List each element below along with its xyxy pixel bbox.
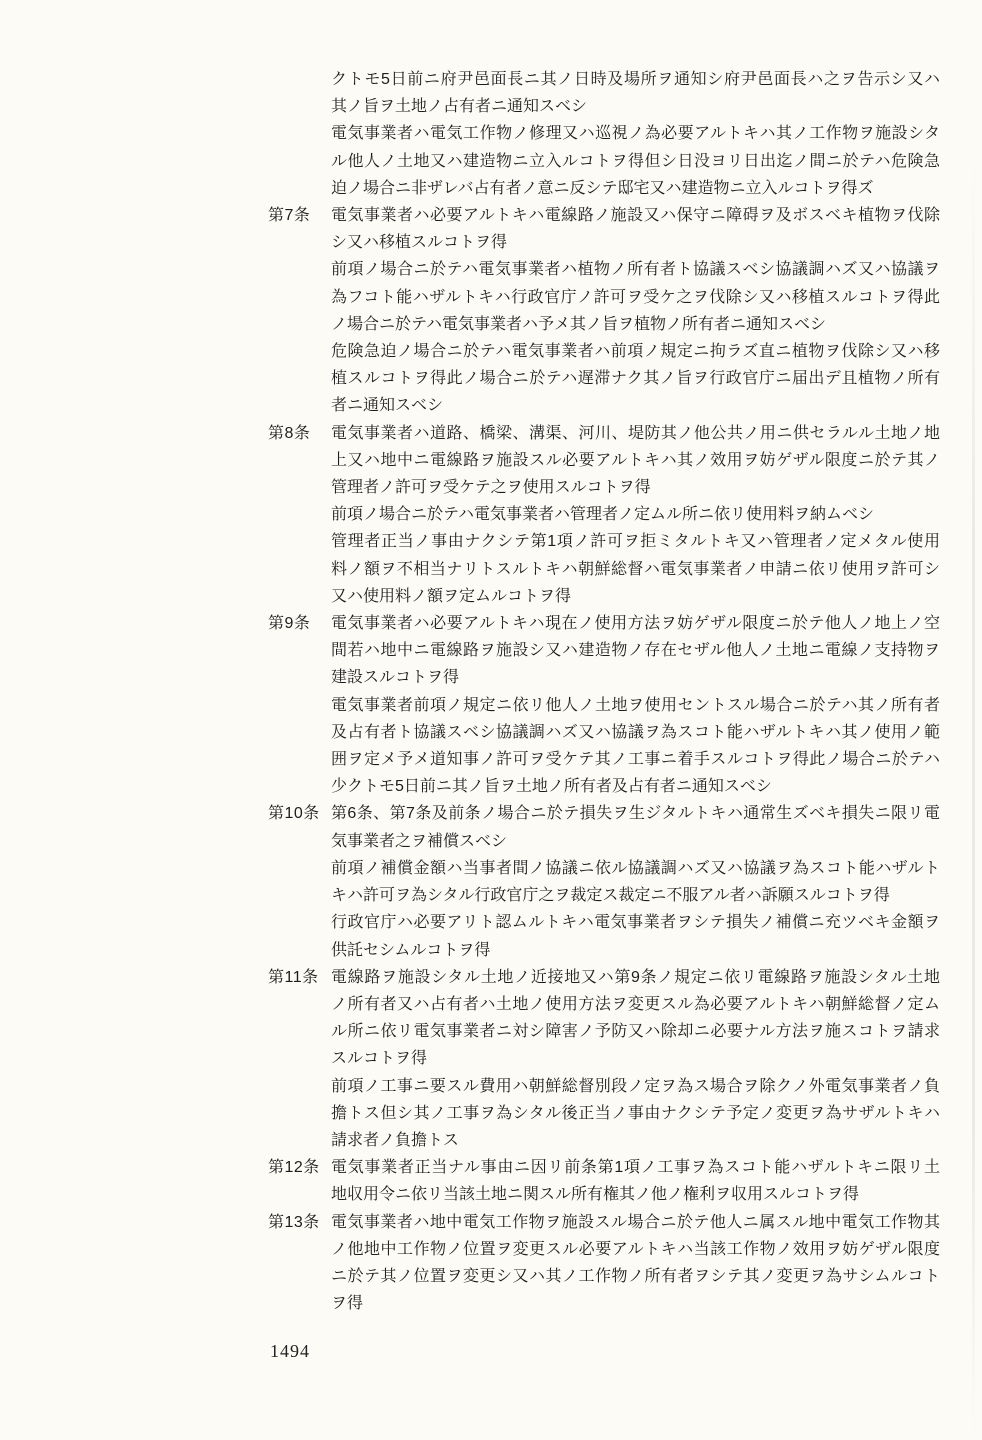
text-line: 間若ハ地中ニ電線路ヲ施設シ又ハ建造物ノ存在セザル他人ノ土地ニ電線ノ支持物ヲ <box>331 637 940 664</box>
article-number: 第12条 <box>268 1154 331 1181</box>
paragraph: 前項ノ補償金額ハ当事者間ノ協議ニ依ル協議調ハズ又ハ協議ヲ為スコト能ハザルトキハ許… <box>331 855 940 909</box>
text-line: ニ於テ其ノ位置ヲ変更シ又ハ其ノ工作物ノ所有者ヲシテ其ノ変更ヲ為サシムルコト <box>331 1263 940 1290</box>
scan-edge-artifact <box>972 160 975 1440</box>
article-text: 電気事業者ハ必要アルトキハ現在ノ使用方法ヲ妨ゲザル限度ニ於テ他人ノ地上ノ空間若ハ… <box>331 610 940 800</box>
article-number: 第13条 <box>268 1209 331 1236</box>
article-block: 第9条電気事業者ハ必要アルトキハ現在ノ使用方法ヲ妨ゲザル限度ニ於テ他人ノ地上ノ空… <box>268 610 942 800</box>
article-block: 第13条電気事業者ハ地中電気工作物ヲ施設スル場合ニ於テ他人ニ属スル地中電気工作物… <box>268 1209 942 1318</box>
text-line: 者ニ通知スベシ <box>331 392 940 419</box>
text-line: 前項ノ場合ニ於テハ電気事業者ハ管理者ノ定ムル所ニ依リ使用料ヲ納ムベシ <box>331 501 940 528</box>
paragraph: 電気事業者前項ノ規定ニ依リ他人ノ土地ヲ使用セントスル場合ニ於テハ其ノ所有者及占有… <box>331 692 940 801</box>
text-line: 管理者ノ許可ヲ受ケテ之ヲ使用スルコトヲ得 <box>331 474 940 501</box>
paragraph: 危険急迫ノ場合ニ於テハ電気事業者ハ前項ノ規定ニ拘ラズ直ニ植物ヲ伐除シ又ハ移植スル… <box>331 338 940 420</box>
continued-text-block: クトモ5日前ニ府尹邑面長ニ其ノ日時及場所ヲ通知シ府尹邑面長ハ之ヲ告示シ又ハ其ノ旨… <box>268 66 942 202</box>
paragraph: 前項ノ場合ニ於テハ電気事業者ハ管理者ノ定ムル所ニ依リ使用料ヲ納ムベシ <box>331 501 940 528</box>
text-line: 第6条、第7条及前条ノ場合ニ於テ損失ヲ生ジタルトキハ通常生ズベキ損失ニ限リ電 <box>331 800 940 827</box>
paragraph: 行政官庁ハ必要アリト認ムルトキハ電気事業者ヲシテ損失ノ補償ニ充ツベキ金額ヲ供託セ… <box>331 909 940 963</box>
text-line: 供託セシムルコトヲ得 <box>331 937 940 964</box>
paragraph: 電気事業者ハ必要アルトキハ電線路ノ施設又ハ保守ニ障碍ヲ及ボスベキ植物ヲ伐除シ又ハ… <box>331 202 940 256</box>
article-block: 第8条電気事業者ハ道路、橋梁、溝渠、河川、堤防其ノ他公共ノ用ニ供セラルル土地ノ地… <box>268 420 942 610</box>
article-text: クトモ5日前ニ府尹邑面長ニ其ノ日時及場所ヲ通知シ府尹邑面長ハ之ヲ告示シ又ハ其ノ旨… <box>331 66 940 202</box>
text-line: 電気事業者ハ必要アルトキハ電線路ノ施設又ハ保守ニ障碍ヲ及ボスベキ植物ヲ伐除 <box>331 202 940 229</box>
article-number: 第8条 <box>268 420 331 447</box>
text-line: 行政官庁ハ必要アリト認ムルトキハ電気事業者ヲシテ損失ノ補償ニ充ツベキ金額ヲ <box>331 909 940 936</box>
text-line: 前項ノ場合ニ於テハ電気事業者ハ植物ノ所有者ト協議スベシ協議調ハズ又ハ協議ヲ <box>331 256 940 283</box>
article-text: 第6条、第7条及前条ノ場合ニ於テ損失ヲ生ジタルトキハ通常生ズベキ損失ニ限リ電気事… <box>331 800 940 963</box>
paragraph: 電気事業者ハ地中電気工作物ヲ施設スル場合ニ於テ他人ニ属スル地中電気工作物其ノ他地… <box>331 1209 940 1318</box>
text-line: 気事業者之ヲ補償スベシ <box>331 828 940 855</box>
text-line: ノ場合ニ於テハ電気事業者ハ予メ其ノ旨ヲ植物ノ所有者ニ通知スベシ <box>331 311 940 338</box>
text-line: 為フコト能ハザルトキハ行政官庁ノ許可ヲ受ケ之ヲ伐除シ又ハ移植スルコトヲ得此 <box>331 284 940 311</box>
text-line: 料ノ額ヲ不相当ナリトスルトキハ朝鮮総督ハ電気事業者ノ申請ニ依リ使用ヲ許可シ <box>331 556 940 583</box>
article-number: 第11条 <box>268 964 331 991</box>
article-text: 電気事業者正当ナル事由ニ因リ前条第1項ノ工事ヲ為スコト能ハザルトキニ限リ土地収用… <box>331 1154 940 1208</box>
scanned-law-page: クトモ5日前ニ府尹邑面長ニ其ノ日時及場所ヲ通知シ府尹邑面長ハ之ヲ告示シ又ハ其ノ旨… <box>0 0 982 1440</box>
article-block: 第7条電気事業者ハ必要アルトキハ電線路ノ施設又ハ保守ニ障碍ヲ及ボスベキ植物ヲ伐除… <box>268 202 942 420</box>
text-line: 前項ノ補償金額ハ当事者間ノ協議ニ依ル協議調ハズ又ハ協議ヲ為スコト能ハザルト <box>331 855 940 882</box>
text-line: クトモ5日前ニ府尹邑面長ニ其ノ日時及場所ヲ通知シ府尹邑面長ハ之ヲ告示シ又ハ <box>331 66 940 93</box>
paragraph: クトモ5日前ニ府尹邑面長ニ其ノ日時及場所ヲ通知シ府尹邑面長ハ之ヲ告示シ又ハ其ノ旨… <box>331 66 940 120</box>
article-text: 電線路ヲ施設シタル土地ノ近接地又ハ第9条ノ規定ニ依リ電線路ヲ施設シタル土地ノ所有… <box>331 964 940 1154</box>
text-line: 電気事業者ハ必要アルトキハ現在ノ使用方法ヲ妨ゲザル限度ニ於テ他人ノ地上ノ空 <box>331 610 940 637</box>
article-text: 電気事業者ハ道路、橋梁、溝渠、河川、堤防其ノ他公共ノ用ニ供セラルル土地ノ地上又ハ… <box>331 420 940 610</box>
text-line: 植スルコトヲ得此ノ場合ニ於テハ遅滞ナク其ノ旨ヲ行政官庁ニ届出デ且植物ノ所有 <box>331 365 940 392</box>
paragraph: 電気事業者ハ道路、橋梁、溝渠、河川、堤防其ノ他公共ノ用ニ供セラルル土地ノ地上又ハ… <box>331 420 940 502</box>
text-line: 又ハ使用料ノ額ヲ定ムルコトヲ得 <box>331 583 940 610</box>
text-line: 建設スルコトヲ得 <box>331 664 940 691</box>
text-line: 電気事業者正当ナル事由ニ因リ前条第1項ノ工事ヲ為スコト能ハザルトキニ限リ土 <box>331 1154 940 1181</box>
article-block: 第10条第6条、第7条及前条ノ場合ニ於テ損失ヲ生ジタルトキハ通常生ズベキ損失ニ限… <box>268 800 942 963</box>
text-line: 危険急迫ノ場合ニ於テハ電気事業者ハ前項ノ規定ニ拘ラズ直ニ植物ヲ伐除シ又ハ移 <box>331 338 940 365</box>
text-line: ノ他地中工作物ノ位置ヲ変更スル必要アルトキハ当該工作物ノ效用ヲ妨ゲザル限度 <box>331 1236 940 1263</box>
article-block: 第12条電気事業者正当ナル事由ニ因リ前条第1項ノ工事ヲ為スコト能ハザルトキニ限リ… <box>268 1154 942 1208</box>
paragraph: 前項ノ工事ニ要スル費用ハ朝鮮総督別段ノ定ヲ為ス場合ヲ除クノ外電気事業者ノ負擔トス… <box>331 1073 940 1155</box>
law-text-body: クトモ5日前ニ府尹邑面長ニ其ノ日時及場所ヲ通知シ府尹邑面長ハ之ヲ告示シ又ハ其ノ旨… <box>268 66 942 1317</box>
text-line: 電気事業者ハ道路、橋梁、溝渠、河川、堤防其ノ他公共ノ用ニ供セラルル土地ノ地 <box>331 420 940 447</box>
text-line: キハ許可ヲ為シタル行政官庁之ヲ裁定ス裁定ニ不服アル者ハ訴願スルコトヲ得 <box>331 882 940 909</box>
paragraph: 第6条、第7条及前条ノ場合ニ於テ損失ヲ生ジタルトキハ通常生ズベキ損失ニ限リ電気事… <box>331 800 940 854</box>
article-text: 電気事業者ハ必要アルトキハ電線路ノ施設又ハ保守ニ障碍ヲ及ボスベキ植物ヲ伐除シ又ハ… <box>331 202 940 420</box>
paragraph: 電線路ヲ施設シタル土地ノ近接地又ハ第9条ノ規定ニ依リ電線路ヲ施設シタル土地ノ所有… <box>331 964 940 1073</box>
text-line: 電気事業者ハ地中電気工作物ヲ施設スル場合ニ於テ他人ニ属スル地中電気工作物其 <box>331 1209 940 1236</box>
paragraph: 管理者正当ノ事由ナクシテ第1項ノ許可ヲ拒ミタルトキ又ハ管理者ノ定メタル使用料ノ額… <box>331 528 940 610</box>
text-line: スルコトヲ得 <box>331 1045 940 1072</box>
article-text: 電気事業者ハ地中電気工作物ヲ施設スル場合ニ於テ他人ニ属スル地中電気工作物其ノ他地… <box>331 1209 940 1318</box>
text-line: 電気事業者ハ電気工作物ノ修理又ハ巡視ノ為必要アルトキハ其ノ工作物ヲ施設シタ <box>331 120 940 147</box>
text-line: 管理者正当ノ事由ナクシテ第1項ノ許可ヲ拒ミタルトキ又ハ管理者ノ定メタル使用 <box>331 528 940 555</box>
text-line: 前項ノ工事ニ要スル費用ハ朝鮮総督別段ノ定ヲ為ス場合ヲ除クノ外電気事業者ノ負 <box>331 1073 940 1100</box>
text-line: 迫ノ場合ニ非ザレバ占有者ノ意ニ反シテ邸宅又ハ建造物ニ立入ルコトヲ得ズ <box>331 175 940 202</box>
text-line: ル他人ノ土地又ハ建造物ニ立入ルコトヲ得但シ日没ヨリ日出迄ノ間ニ於テハ危険急 <box>331 148 940 175</box>
text-line: ル所ニ依リ電気事業者ニ対シ障害ノ予防又ハ除却ニ必要ナル方法ヲ施スコトヲ請求 <box>331 1018 940 1045</box>
text-line: シ又ハ移植スルコトヲ得 <box>331 229 940 256</box>
text-line: 電線路ヲ施設シタル土地ノ近接地又ハ第9条ノ規定ニ依リ電線路ヲ施設シタル土地 <box>331 964 940 991</box>
text-line: ヲ得 <box>331 1290 940 1317</box>
article-number: 第9条 <box>268 610 331 637</box>
text-line: 少クトモ5日前ニ其ノ旨ヲ土地ノ所有者及占有者ニ通知スベシ <box>331 773 940 800</box>
text-line: 囲ヲ定メ予メ道知事ノ許可ヲ受ケテ其ノ工事ニ着手スルコトヲ得此ノ場合ニ於テハ <box>331 746 940 773</box>
text-line: ノ所有者又ハ占有者ハ土地ノ使用方法ヲ変更スル為必要アルトキハ朝鮮総督ノ定ム <box>331 991 940 1018</box>
page-number: 1494 <box>270 1341 310 1362</box>
text-line: 其ノ旨ヲ土地ノ占有者ニ通知スベシ <box>331 93 940 120</box>
paragraph: 電気事業者ハ必要アルトキハ現在ノ使用方法ヲ妨ゲザル限度ニ於テ他人ノ地上ノ空間若ハ… <box>331 610 940 692</box>
paragraph: 電気事業者正当ナル事由ニ因リ前条第1項ノ工事ヲ為スコト能ハザルトキニ限リ土地収用… <box>331 1154 940 1208</box>
paragraph: 電気事業者ハ電気工作物ノ修理又ハ巡視ノ為必要アルトキハ其ノ工作物ヲ施設シタル他人… <box>331 120 940 202</box>
text-line: 擔トス但シ其ノ工事ヲ為シタル後正当ノ事由ナクシテ予定ノ変更ヲ為サザルトキハ <box>331 1100 940 1127</box>
article-block: 第11条電線路ヲ施設シタル土地ノ近接地又ハ第9条ノ規定ニ依リ電線路ヲ施設シタル土… <box>268 964 942 1154</box>
text-line: 上又ハ地中ニ電線路ヲ施設スル必要アルトキハ其ノ效用ヲ妨ゲザル限度ニ於テ其ノ <box>331 447 940 474</box>
text-line: 地収用令ニ依リ当該土地ニ関スル所有権其ノ他ノ権利ヲ収用スルコトヲ得 <box>331 1181 940 1208</box>
article-number: 第10条 <box>268 800 331 827</box>
paragraph: 前項ノ場合ニ於テハ電気事業者ハ植物ノ所有者ト協議スベシ協議調ハズ又ハ協議ヲ為フコ… <box>331 256 940 338</box>
text-line: 請求者ノ負擔トス <box>331 1127 940 1154</box>
article-number: 第7条 <box>268 202 331 229</box>
text-line: 電気事業者前項ノ規定ニ依リ他人ノ土地ヲ使用セントスル場合ニ於テハ其ノ所有者 <box>331 692 940 719</box>
text-line: 及占有者ト協議スベシ協議調ハズ又ハ協議ヲ為スコト能ハザルトキハ其ノ使用ノ範 <box>331 719 940 746</box>
